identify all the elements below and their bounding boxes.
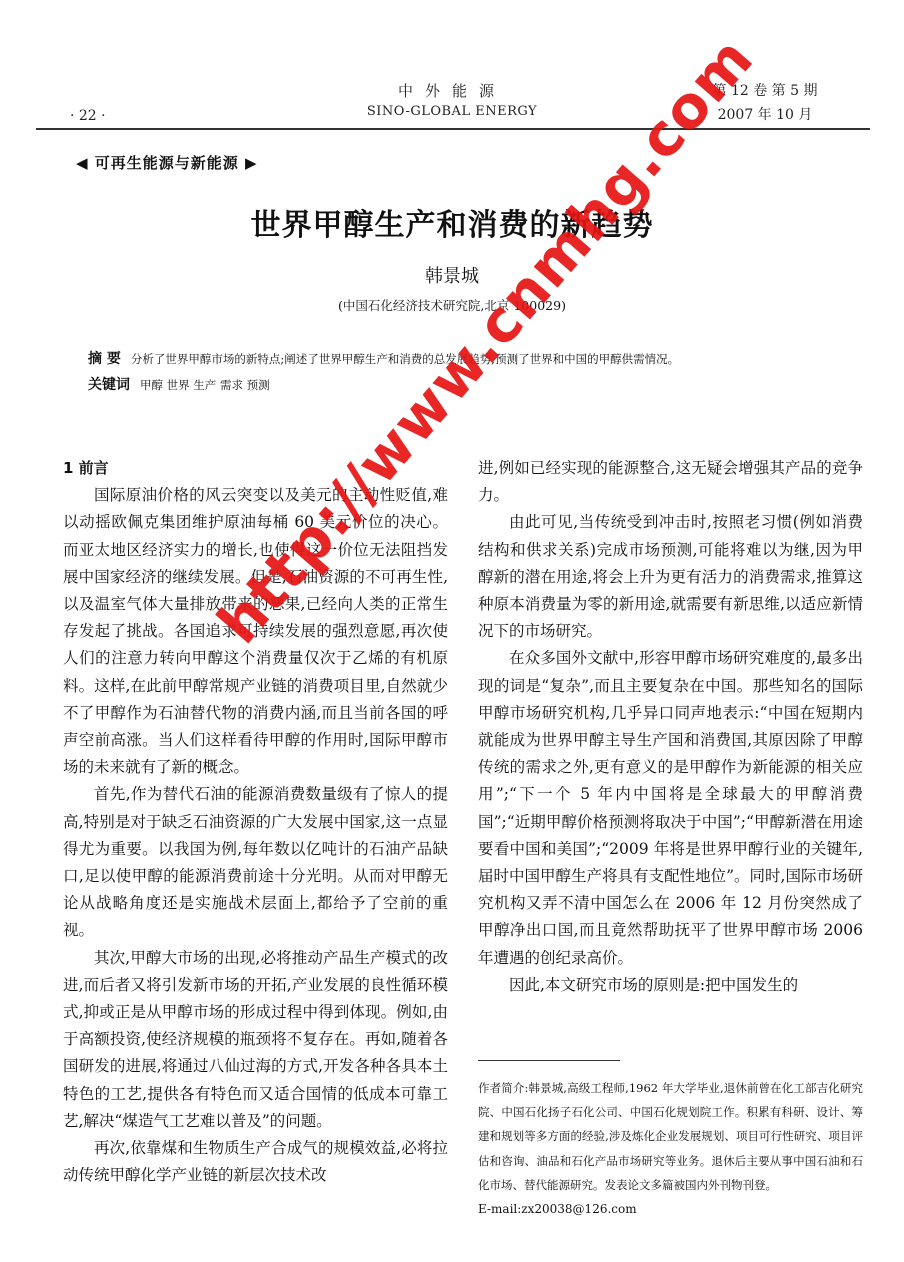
author-email: E-mail:zx20038@126.com [478, 1197, 863, 1221]
author-name: 韩景城 [0, 262, 904, 288]
footnote-rule [478, 1060, 620, 1061]
keywords-label: 关键词 [88, 377, 130, 393]
body-paragraph: 因此,本文研究市场的原则是:把中国发生的 [478, 972, 863, 999]
keywords-text: 甲醇 世界 生产 需求 预测 [140, 378, 270, 392]
keywords: 关键词甲醇 世界 生产 需求 预测 [88, 374, 270, 394]
article-title: 世界甲醇生产和消费的新趋势 [0, 200, 904, 244]
body-paragraph: 其次,甲醇大市场的出现,必将推动产品生产模式的改进,而后者又将引发新市场的开拓,… [63, 945, 448, 1135]
body-paragraph-continued: 进,例如已经实现的能源整合,这无疑会增强其产品的竞争力。 [478, 455, 863, 509]
body-paragraph: 再次,依靠煤和生物质生产合成气的规模效益,必将拉动传统甲醇化学产业链的新层次技术… [63, 1135, 448, 1189]
body-column-right: 进,例如已经实现的能源整合,这无疑会增强其产品的竞争力。 由此可见,当传统受到冲… [478, 455, 863, 999]
author-footnote: 作者简介:韩景城,高级工程师,1962 年大学毕业,退休前曾在化工部吉化研究院、… [478, 1076, 863, 1221]
column-tag: ◀ 可再生能源与新能源 ▶ [76, 152, 258, 173]
body-paragraph: 在众多国外文献中,形容甲醇市场研究难度的,最多出现的词是“复杂”,而且主要复杂在… [478, 645, 863, 971]
body-paragraph: 首先,作为替代石油的能源消费数量级有了惊人的提高,特别是对于缺乏石油资源的广大发… [63, 781, 448, 944]
body-paragraph: 由此可见,当传统受到冲击时,按照老习惯(例如消费结构和供求关系)完成市场预测,可… [478, 509, 863, 645]
author-bio: 作者简介:韩景城,高级工程师,1962 年大学毕业,退休前曾在化工部吉化研究院、… [478, 1076, 863, 1197]
abstract-label: 摘 要 [88, 351, 121, 367]
abstract: 摘 要分析了世界甲醇市场的新特点;阐述了世界甲醇生产和消费的总发展趋势;预测了世… [88, 348, 679, 368]
header-rule [36, 128, 870, 130]
author-affiliation: (中国石化经济技术研究院,北京 100029) [0, 296, 904, 314]
abstract-text: 分析了世界甲醇市场的新特点;阐述了世界甲醇生产和消费的总发展趋势;预测了世界和中… [131, 352, 679, 366]
